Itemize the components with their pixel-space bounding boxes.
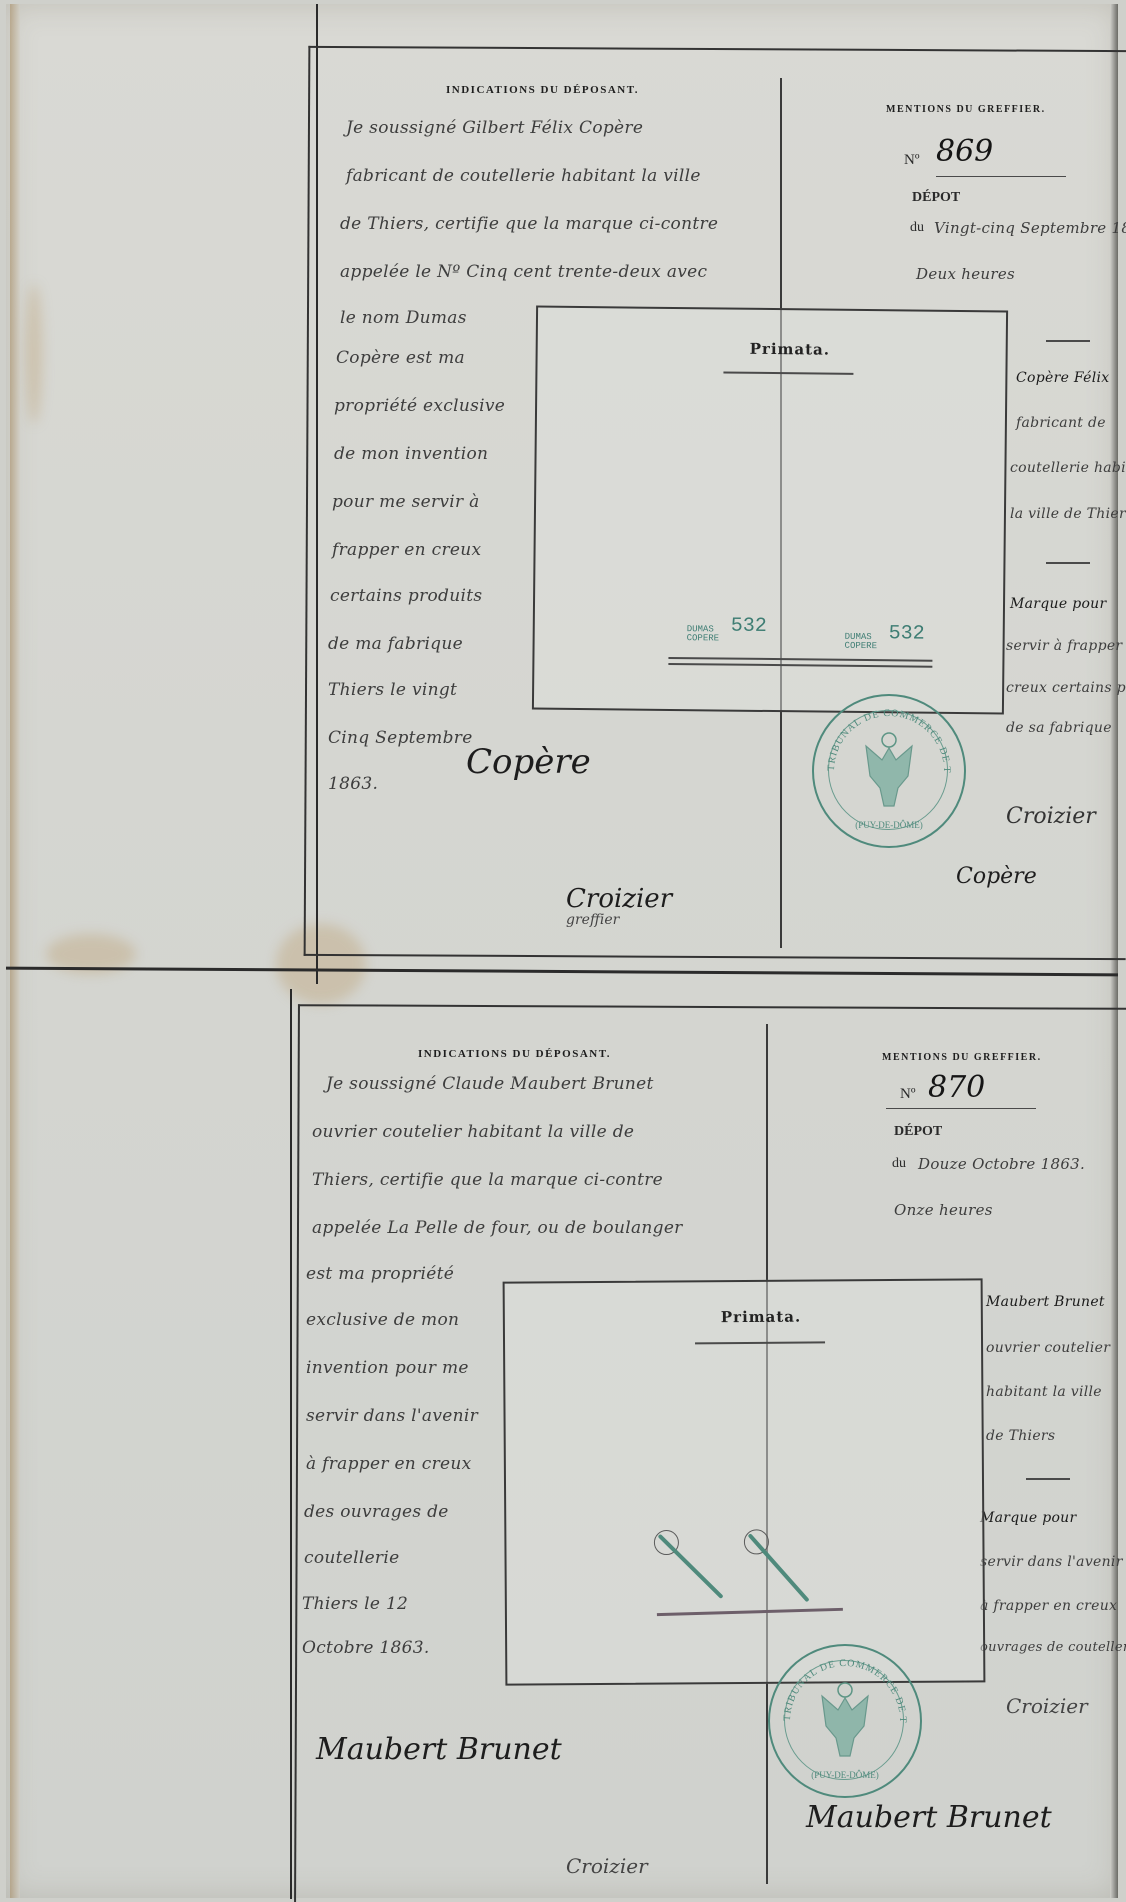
depositor-signature: Copère — [466, 742, 591, 782]
clerk-title: greffier — [566, 912, 619, 928]
eagle-icon: TRIBUNAL DE COMMERCE DE THIERS (PUY-DE-D… — [770, 1646, 920, 1796]
depot-label: DÉPOT — [894, 1124, 942, 1140]
deposit-number: 870 — [928, 1070, 985, 1105]
depot-date: Vingt-cinq Septembre 1863 — [934, 204, 1126, 252]
underline — [936, 176, 1066, 177]
tribunal-seal: TRIBUNAL DE COMMERCE DE THIERS (PUY-DE-D… — [768, 1644, 922, 1798]
eagle-icon: TRIBUNAL DE COMMERCE DE THIERS (PUY-DE-D… — [814, 696, 964, 846]
depositor-heading: INDICATIONS DU DÉPOSANT. — [418, 1048, 611, 1060]
clerk-heading: MENTIONS DU GREFFIER. — [882, 1052, 1042, 1063]
mark-box-title: Primata. — [721, 1308, 801, 1327]
record-870: INDICATIONS DU DÉPOSANT. MENTIONS DU GRE… — [6, 994, 1118, 1898]
depositor-signature-margin: Copère — [956, 864, 1037, 889]
depot-date: Douze Octobre 1863. — [918, 1140, 1085, 1188]
record-869: INDICATIONS DU DÉPOSANT. MENTIONS DU GRE… — [6, 4, 1118, 964]
baker-peel-mark-icon — [646, 1525, 867, 1627]
dash — [1046, 340, 1090, 342]
underline — [886, 1108, 1036, 1109]
svg-text:(PUY-DE-DÔME): (PUY-DE-DÔME) — [811, 1770, 879, 1780]
clerk-signature: Croizier — [566, 884, 672, 914]
depot-time: Onze heures — [894, 1186, 993, 1234]
mark-impression: DUMAS COPERE 532 — [845, 633, 878, 651]
deposit-number: 869 — [936, 134, 993, 169]
du-label: du — [892, 1156, 906, 1172]
register-page: INDICATIONS DU DÉPOSANT. MENTIONS DU GRE… — [6, 4, 1118, 1898]
svg-text:(PUY-DE-DÔME): (PUY-DE-DÔME) — [855, 820, 923, 830]
clerk-signature-margin: Croizier — [1006, 1694, 1088, 1718]
number-label: Nº — [904, 152, 919, 169]
depot-time: Deux heures — [916, 250, 1015, 298]
mark-box-title: Primata. — [750, 340, 831, 359]
number-label: Nº — [900, 1086, 915, 1103]
tribunal-seal: TRIBUNAL DE COMMERCE DE THIERS (PUY-DE-D… — [812, 694, 966, 848]
trademark-box: Primata. DUMAS COPERE 532 DUMAS COPERE 5… — [532, 306, 1008, 715]
depositor-heading: INDICATIONS DU DÉPOSANT. — [446, 84, 639, 96]
clerk-signature-margin: Croizier — [1006, 804, 1096, 829]
mark-impression: DUMAS COPERE 532 — [687, 625, 720, 643]
depositor-signature-margin: Maubert Brunet — [806, 1800, 1052, 1835]
depositor-signature: Maubert Brunet — [316, 1732, 562, 1767]
clerk-signature: Croizier — [566, 1854, 648, 1878]
record-separator — [6, 967, 1118, 977]
clerk-heading: MENTIONS DU GREFFIER. — [886, 104, 1046, 115]
du-label: du — [910, 220, 924, 236]
trademark-box: Primata. — [503, 1278, 986, 1685]
